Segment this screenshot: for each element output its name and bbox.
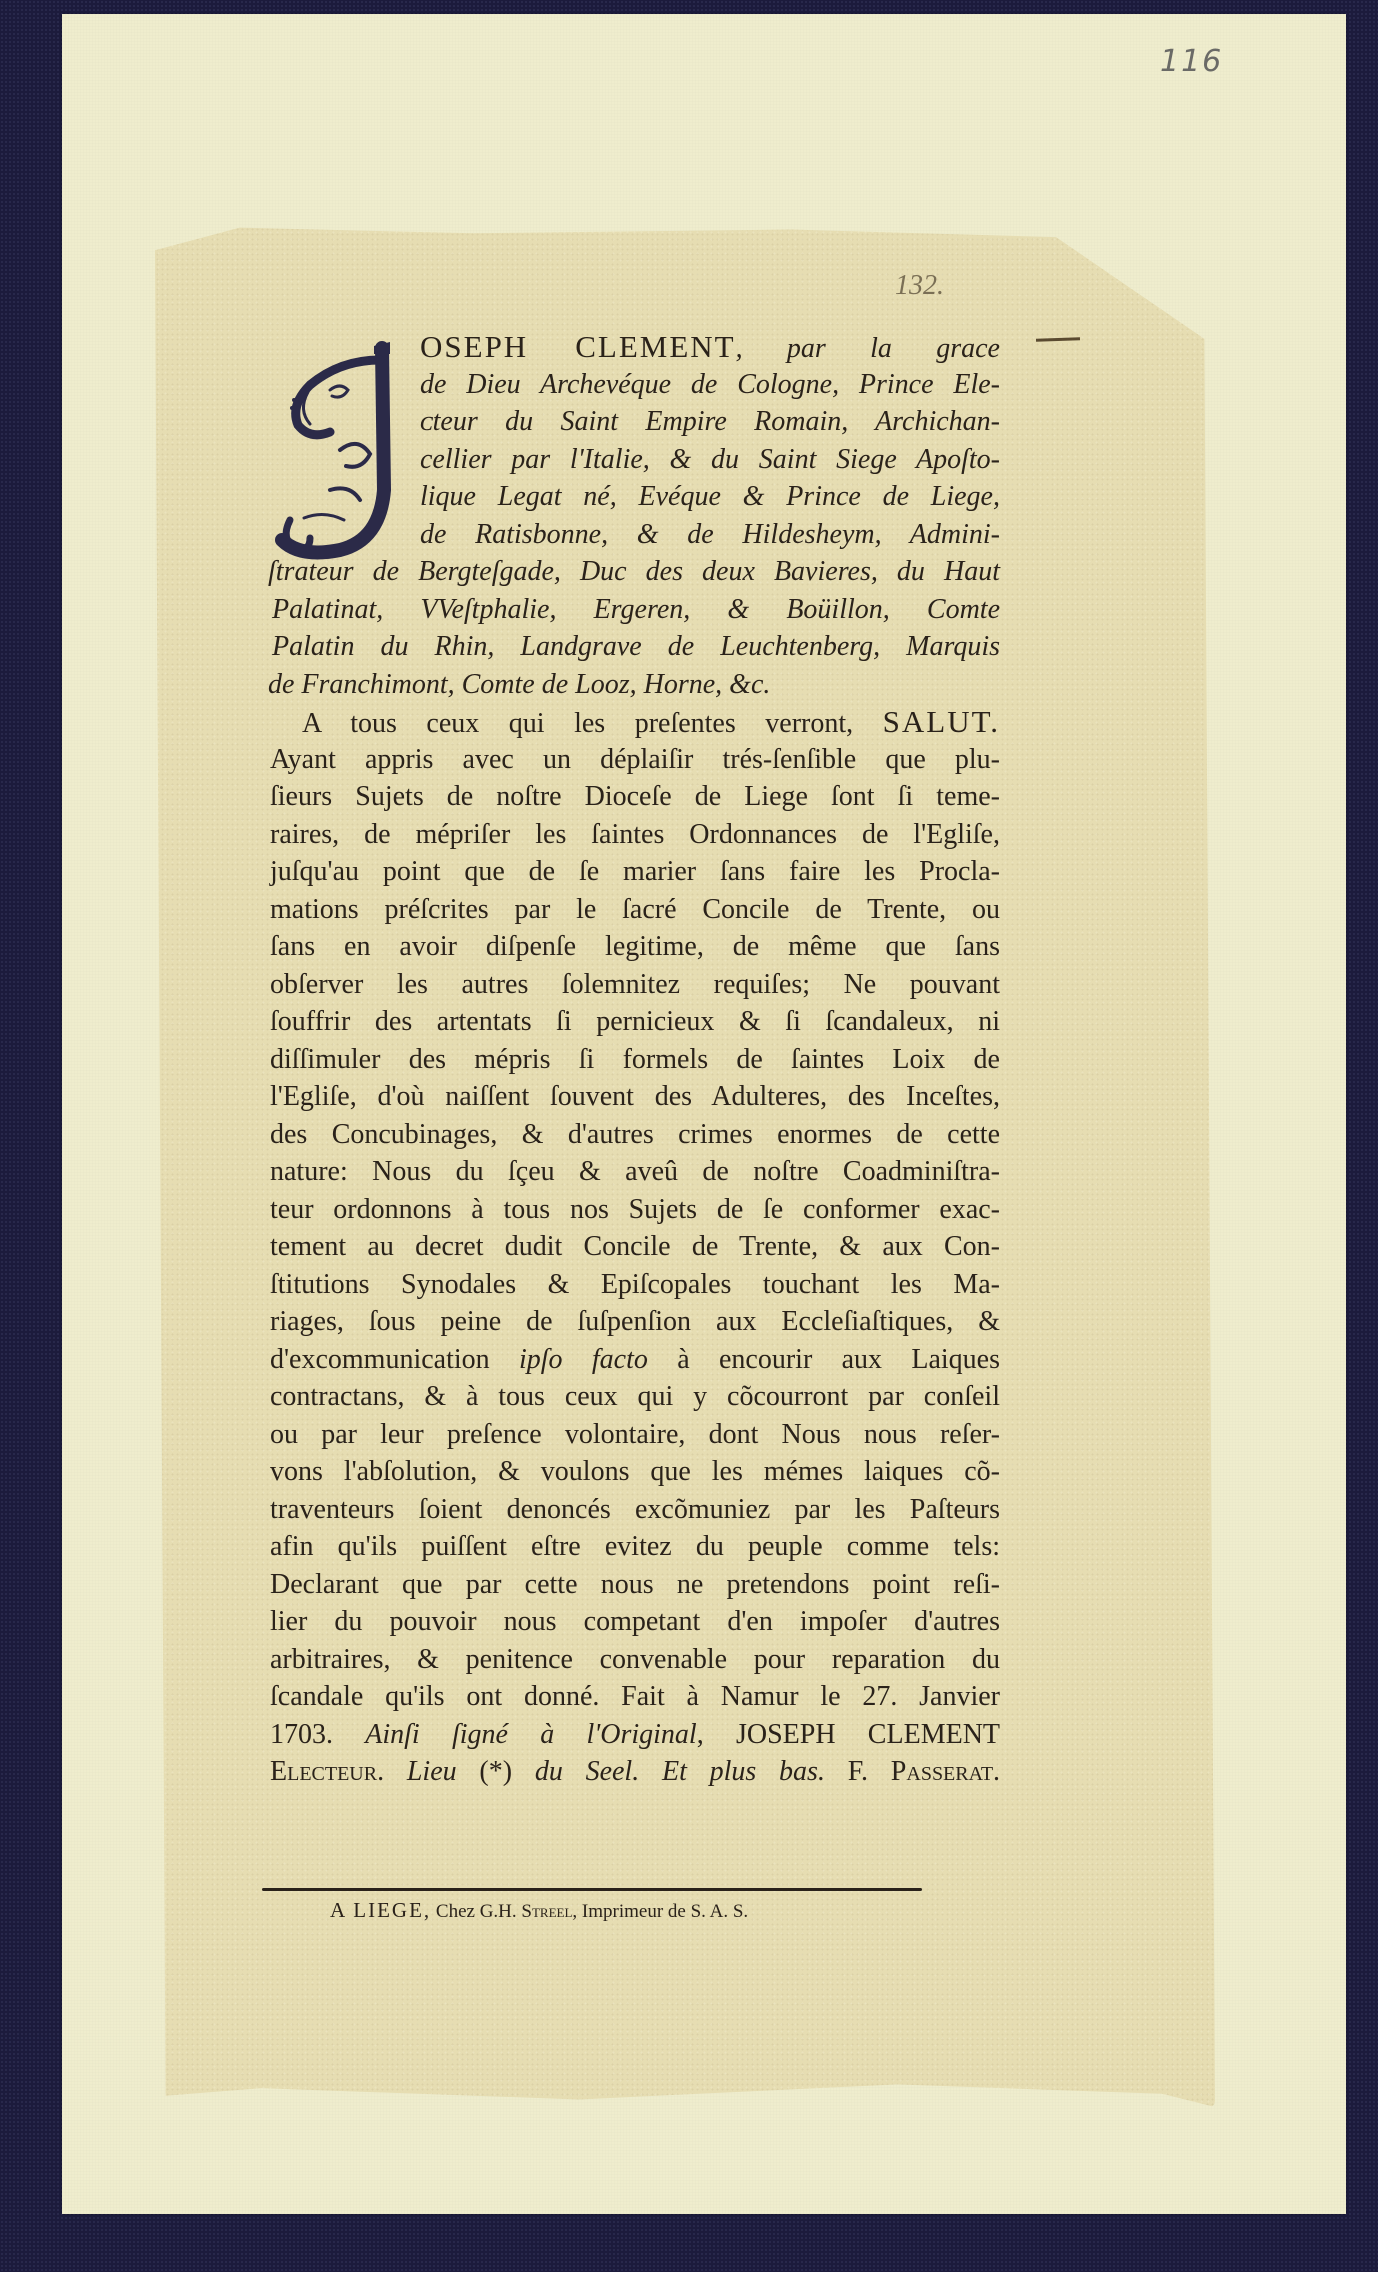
signature-line: 1703. Ainſi ſigné à l'Original, JOSEPH C… xyxy=(270,1716,1000,1754)
body-line: diſſimuler des mépris ſi formels de ſain… xyxy=(270,1041,1000,1079)
heading-line: ſtrateur de Bergteſgade, Duc des deux Ba… xyxy=(268,553,1000,591)
body-line-ipso-facto: d'excommunication ipſo facto à encourir … xyxy=(270,1341,1000,1379)
body-line: des Concubinages, & d'autres crimes enor… xyxy=(270,1116,1000,1154)
body-paragraph: Ayant appris avec un déplaiſir trés-ſenſ… xyxy=(270,741,1000,1791)
body-line: ſouffrir des artentats ſi pernicieux & ſ… xyxy=(270,1003,1000,1041)
printer-rule-divider xyxy=(262,1888,922,1891)
body-line: arbitraires, & penitence convenable pour… xyxy=(270,1641,1000,1679)
body-line: mations préſcrites par le ſacré Concile … xyxy=(270,891,1000,929)
body-line: tement au decret dudit Concile de Trente… xyxy=(270,1228,1000,1266)
title-heading-continued: ſtrateur de Bergteſgade, Duc des deux Ba… xyxy=(268,553,1000,703)
pencil-folio-number: 116 xyxy=(1160,44,1223,79)
ordinance-text: OSEPH CLEMENT, par la grace de Dieu Arch… xyxy=(270,328,1000,1791)
body-line: ou par leur preſence volontaire, dont No… xyxy=(270,1416,1000,1454)
body-line: teur ordonnons à tous nos Sujets de ſe c… xyxy=(270,1191,1000,1229)
body-line: Declarant que par cette nous ne pretendo… xyxy=(270,1566,1000,1604)
heading-line: de Ratisbonne, & de Hildesheym, Admini- xyxy=(420,516,1000,554)
body-line: vons l'abſolution, & voulons que les mém… xyxy=(270,1453,1000,1491)
body-line: lier du pouvoir nous competant d'en impo… xyxy=(270,1603,1000,1641)
heading-line: lique Legat né, Evéque & Prince de Liege… xyxy=(420,478,1000,516)
body-line: obſerver les autres ſolemnitez requiſes;… xyxy=(270,966,1000,1004)
ink-folio-number: 132. xyxy=(895,270,944,302)
seal-mark: (*) xyxy=(479,1756,512,1787)
body-line: ſans en avoir diſpenſe legitime, de même… xyxy=(270,928,1000,966)
heading-line: Palatin du Rhin, Landgrave de Leuchtenbe… xyxy=(268,628,1000,666)
salut-word: SALUT. xyxy=(883,704,1000,739)
heading-line: cellier par l'Italie, & du Saint Siege A… xyxy=(420,441,1000,479)
heading-line: de Dieu Archevéque de Cologne, Prince El… xyxy=(420,366,1000,404)
body-line: riages, ſous peine de ſuſpenſion aux Ecc… xyxy=(270,1303,1000,1341)
title-heading: OSEPH CLEMENT, par la grace de Dieu Arch… xyxy=(270,328,1000,553)
body-line: ſieurs Sujets de noſtre Dioceſe de Liege… xyxy=(270,778,1000,816)
printer-imprint: A LIEGE, Chez G.H. Streel, Imprimeur de … xyxy=(330,1898,748,1923)
body-line: ſcandale qu'ils ont donné. Fait à Namur … xyxy=(270,1678,1000,1716)
body-line: l'Egliſe, d'où naiſſent ſouvent des Adul… xyxy=(270,1078,1000,1116)
salutation-line: A tous ceux qui les preſentes verront, S… xyxy=(270,703,1000,741)
body-line: Ayant appris avec un déplaiſir trés-ſenſ… xyxy=(270,741,1000,779)
signature-line-2: Electeur. Lieu (*) du Seel. Et plus bas.… xyxy=(270,1753,1000,1791)
body-line: raires, de mépriſer les ſaintes Ordonnan… xyxy=(270,816,1000,854)
body-line: contractans, & à tous ceux qui y cõcourr… xyxy=(270,1378,1000,1416)
heading-line: Palatinat, VVeſtphalie, Ergeren, & Boüil… xyxy=(268,591,1000,629)
body-line: afin qu'ils puiſſent eſtre evitez du peu… xyxy=(270,1528,1000,1566)
body-line: ſtitutions Synodales & Epiſcopales touch… xyxy=(270,1266,1000,1304)
heading-line: OSEPH CLEMENT, par la grace xyxy=(420,328,1000,366)
body-line: traventeurs ſoient denoncés excõmuniez p… xyxy=(270,1491,1000,1529)
heading-line: de Franchimont, Comte de Looz, Horne, &c… xyxy=(268,666,1000,704)
body-line: nature: Nous du ſçeu & aveû de noſtre Co… xyxy=(270,1153,1000,1191)
body-line: juſqu'au point que de ſe marier ſans fai… xyxy=(270,853,1000,891)
heading-line: ᴄteur du Saint Empire Romain, Archichan- xyxy=(420,403,1000,441)
